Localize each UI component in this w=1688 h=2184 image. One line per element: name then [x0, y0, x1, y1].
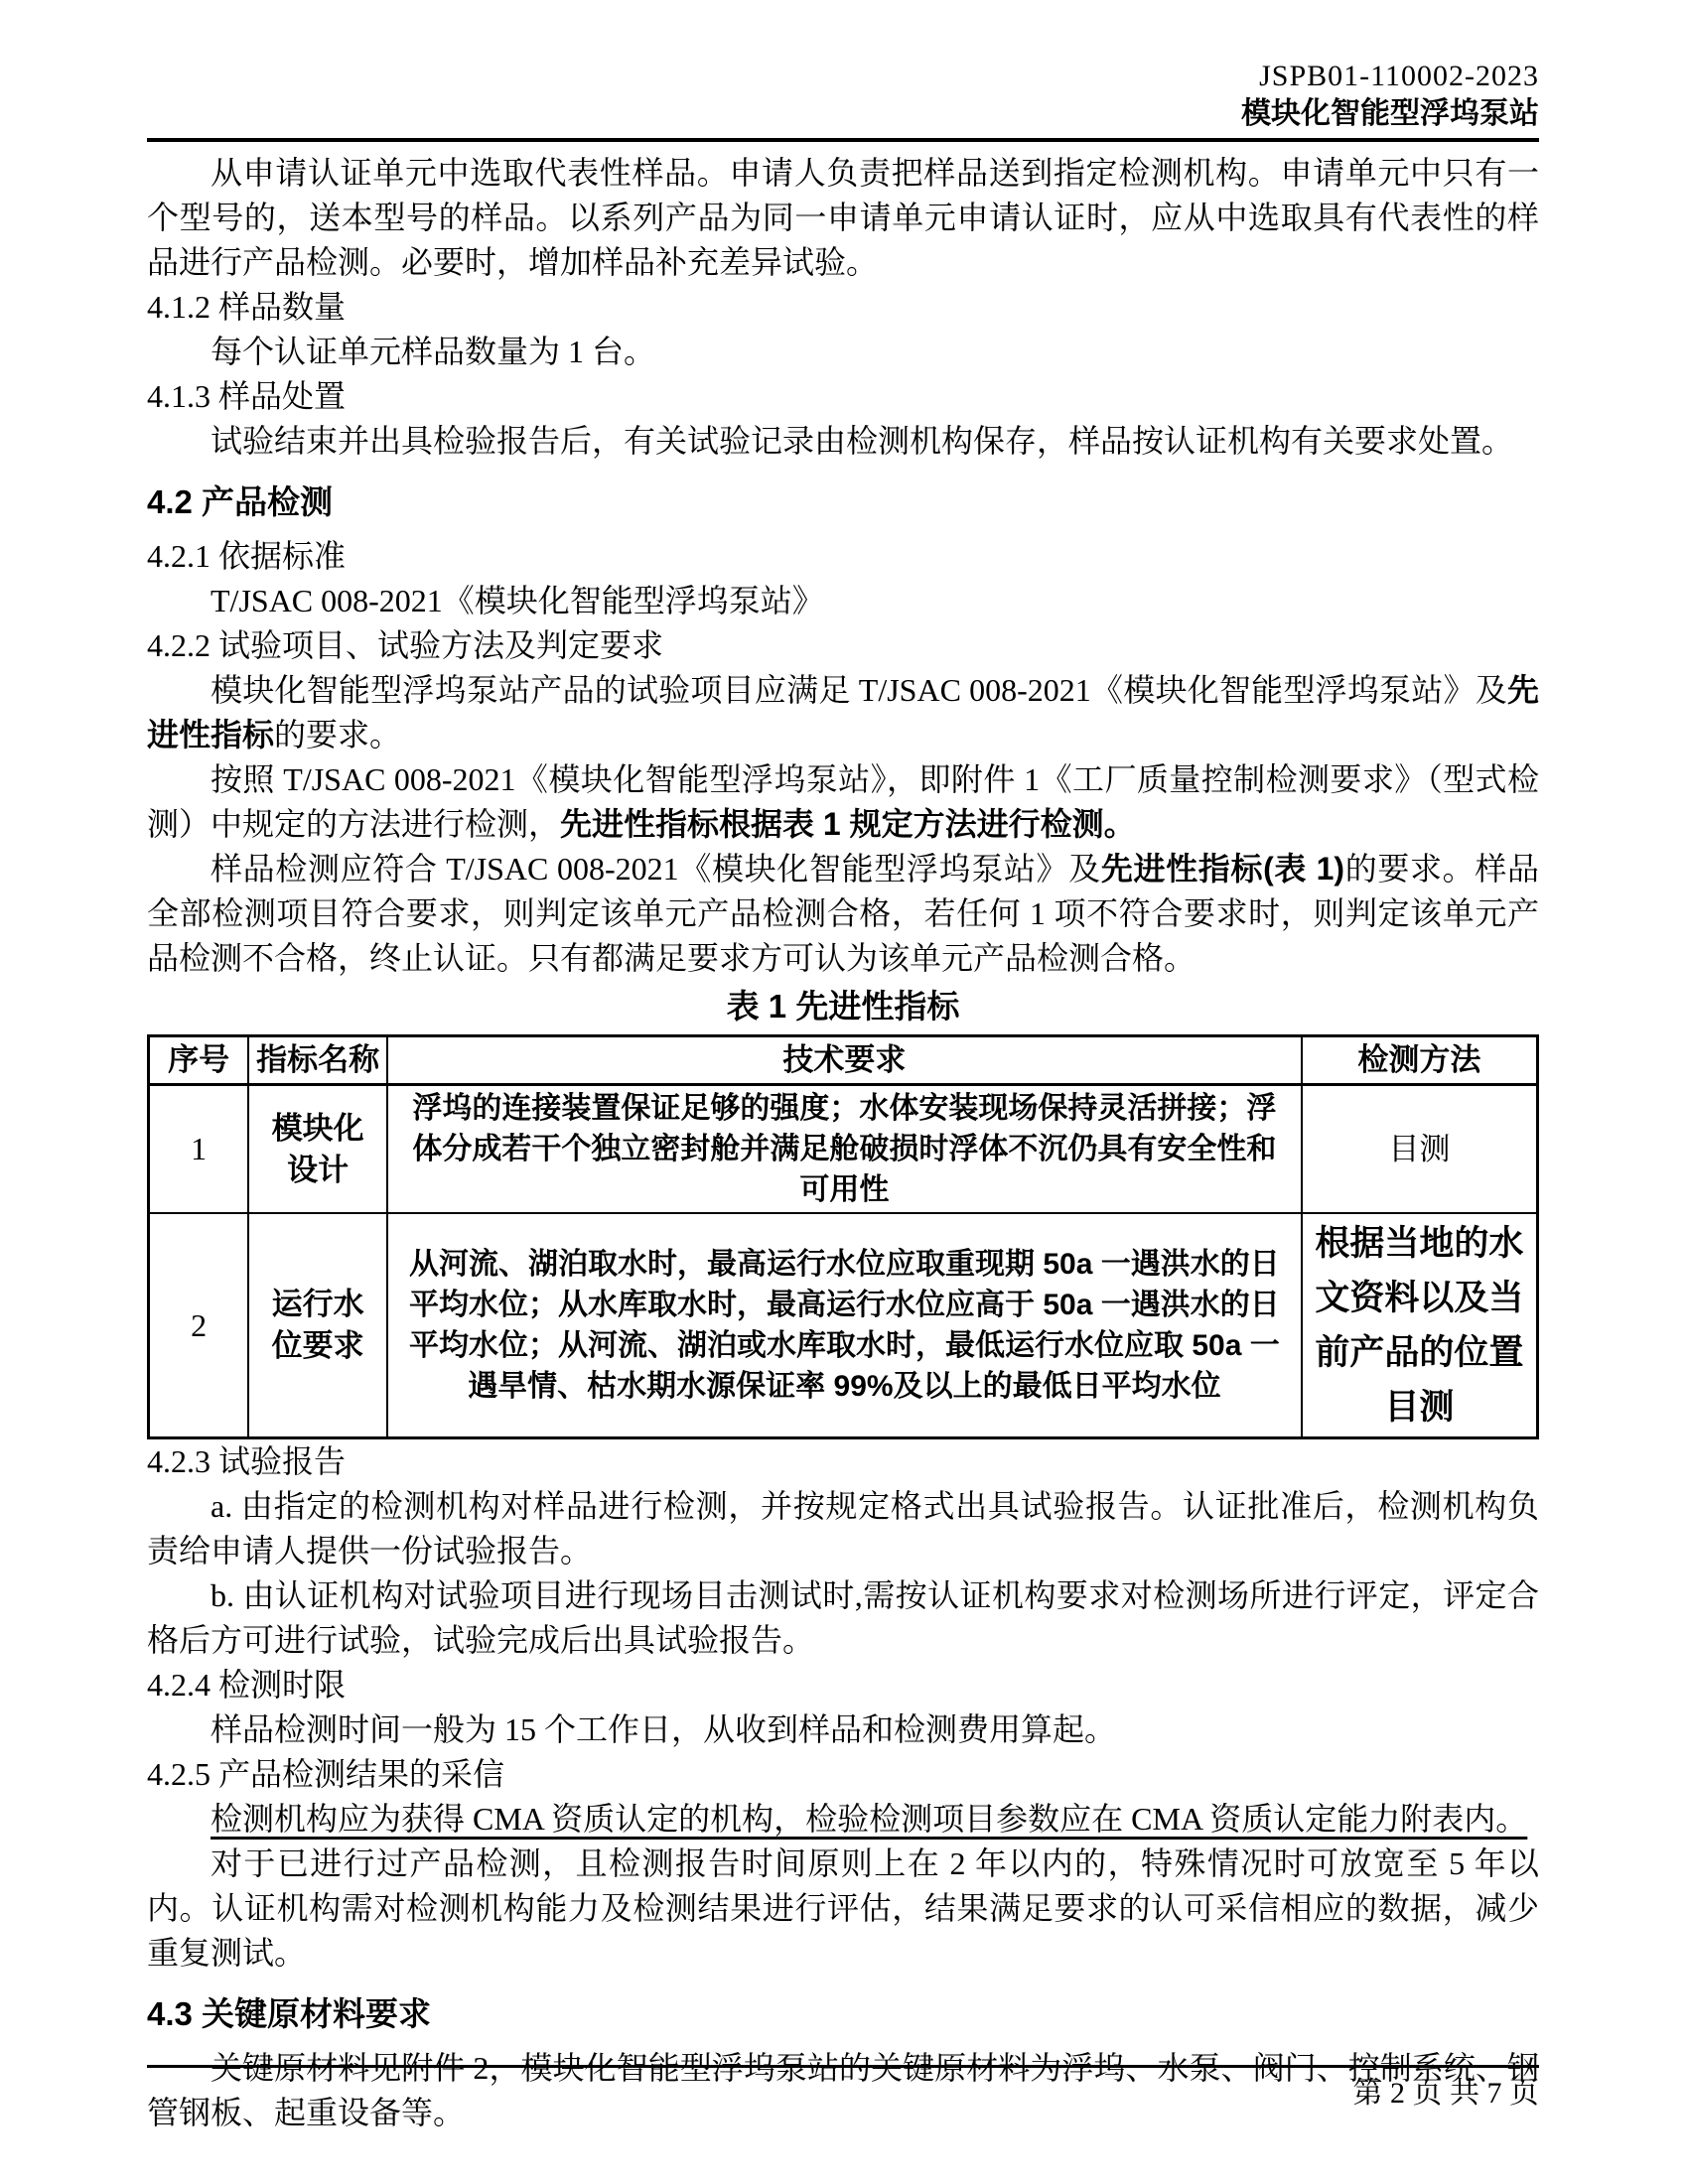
- paragraph: 每个认证单元样品数量为 1 台。: [147, 330, 1539, 374]
- table-row: 2运行水位要求从河流、湖泊取水时，最高运行水位应取重现期 50a 一遇洪水的日平…: [149, 1213, 1538, 1438]
- paragraph: T/JSAC 008-2021《模块化智能型浮坞泵站》: [147, 579, 1539, 623]
- subsection-heading: 4.2.1 依据标准: [147, 534, 1539, 579]
- paragraph: 样品检测时间一般为 15 个工作日，从收到样品和检测费用算起。: [147, 1707, 1539, 1752]
- column-header: 技术要求: [387, 1036, 1302, 1085]
- text-run: 对于已进行过产品检测，且检测报告时间原则上在 2 年以内的，特殊情况时可放宽至 …: [147, 1845, 1539, 1971]
- row-number-cell: 1: [149, 1085, 249, 1214]
- technical-requirement-cell: 浮坞的连接装置保证足够的强度；水体安装现场保持灵活拼接；浮体分成若干个独立密封舱…: [387, 1085, 1302, 1214]
- subsection-heading: 4.1.2 样品数量: [147, 285, 1539, 330]
- paragraph: a. 由指定的检测机构对样品进行检测，并按规定格式出具试验报告。认证批准后，检测…: [147, 1484, 1539, 1573]
- subsection-heading: 4.2.4 检测时限: [147, 1663, 1539, 1707]
- page-number: 第 2 页 共 7 页: [147, 2076, 1539, 2112]
- paragraph: 样品检测应符合 T/JSAC 008-2021《模块化智能型浮坞泵站》及先进性指…: [147, 847, 1539, 981]
- text-run: b. 由认证机构对试验项目进行现场目击测试时,需按认证机构要求对检测场所进行评定…: [147, 1577, 1539, 1658]
- table-header-row: 序号指标名称技术要求检测方法: [149, 1036, 1538, 1085]
- text-run: 样品检测应符合 T/JSAC 008-2021《模块化智能型浮坞泵站》及: [211, 851, 1101, 887]
- column-header: 检测方法: [1302, 1036, 1538, 1085]
- text-run: 试验结束并出具检验报告后，有关试验记录由检测机构保存，样品按认证机构有关要求处置…: [211, 423, 1513, 459]
- underlined-text-run: 检测机构应为获得 CMA 资质认定的机构，检验检测项目参数应在 CMA 资质认定…: [211, 1801, 1527, 1837]
- paragraph: 对于已进行过产品检测，且检测报告时间原则上在 2 年以内的，特殊情况时可放宽至 …: [147, 1842, 1539, 1976]
- technical-requirement-cell: 从河流、湖泊取水时，最高运行水位应取重现期 50a 一遇洪水的日平均水位；从水库…: [387, 1213, 1302, 1438]
- indicator-name-cell: 模块化设计: [248, 1085, 387, 1214]
- test-method-cell: 根据当地的水文资料以及当前产品的位置目测: [1302, 1213, 1538, 1438]
- row-number-cell: 2: [149, 1213, 249, 1438]
- page-header: JSPB01-110002-2023 模块化智能型浮坞泵站: [147, 0, 1539, 142]
- column-header: 指标名称: [248, 1036, 387, 1085]
- table-row: 1模块化设计浮坞的连接装置保证足够的强度；水体安装现场保持灵活拼接；浮体分成若干…: [149, 1085, 1538, 1214]
- advancement-indicators-table: 序号指标名称技术要求检测方法1模块化设计浮坞的连接装置保证足够的强度；水体安装现…: [147, 1034, 1539, 1439]
- text-run: 从申请认证单元中选取代表性样品。申请人负责把样品送到指定检测机构。申请单元中只有…: [147, 155, 1539, 280]
- paragraph: 模块化智能型浮坞泵站产品的试验项目应满足 T/JSAC 008-2021《模块化…: [147, 668, 1539, 757]
- section-heading: 4.3 关键原材料要求: [147, 1991, 1539, 2036]
- paragraph: 检测机构应为获得 CMA 资质认定的机构，检验检测项目参数应在 CMA 资质认定…: [147, 1797, 1539, 1842]
- text-run: 的要求。: [274, 717, 401, 752]
- paragraph: 从申请认证单元中选取代表性样品。申请人负责把样品送到指定检测机构。申请单元中只有…: [147, 151, 1539, 285]
- paragraph: b. 由认证机构对试验项目进行现场目击测试时,需按认证机构要求对检测场所进行评定…: [147, 1573, 1539, 1663]
- paragraph: 按照 T/JSAC 008-2021《模块化智能型浮坞泵站》，即附件 1《工厂质…: [147, 757, 1539, 847]
- document-page: JSPB01-110002-2023 模块化智能型浮坞泵站 从申请认证单元中选取…: [0, 0, 1688, 2184]
- paragraph: 试验结束并出具检验报告后，有关试验记录由检测机构保存，样品按认证机构有关要求处置…: [147, 419, 1539, 464]
- document-title: 模块化智能型浮坞泵站: [147, 95, 1539, 133]
- text-run: a. 由指定的检测机构对样品进行检测，并按规定格式出具试验报告。认证批准后，检测…: [147, 1488, 1539, 1569]
- indicator-name-cell: 运行水位要求: [248, 1213, 387, 1438]
- test-method-cell: 目测: [1302, 1085, 1538, 1214]
- page-footer: 第 2 页 共 7 页: [147, 2065, 1539, 2112]
- document-number: JSPB01-110002-2023: [147, 58, 1539, 95]
- text-run: 每个认证单元样品数量为 1 台。: [211, 334, 655, 369]
- table-title: 表 1 先进性指标: [147, 983, 1539, 1030]
- section-heading: 4.2 产品检测: [147, 479, 1539, 524]
- subsection-heading: 4.2.5 产品检测结果的采信: [147, 1752, 1539, 1797]
- text-run: 样品检测时间一般为 15 个工作日，从收到样品和检测费用算起。: [211, 1711, 1116, 1747]
- text-run: T/JSAC 008-2021《模块化智能型浮坞泵站》: [211, 583, 824, 618]
- bold-text-run: 先进性指标(表 1): [1101, 851, 1344, 887]
- bold-text-run: 先进性指标根据表 1 规定方法进行检测。: [560, 806, 1136, 842]
- column-header: 序号: [149, 1036, 249, 1085]
- subsection-heading: 4.2.2 试验项目、试验方法及判定要求: [147, 623, 1539, 668]
- text-run: 模块化智能型浮坞泵站产品的试验项目应满足 T/JSAC 008-2021《模块化…: [211, 672, 1507, 708]
- document-body: 从申请认证单元中选取代表性样品。申请人负责把样品送到指定检测机构。申请单元中只有…: [147, 151, 1539, 2135]
- subsection-heading: 4.2.3 试验报告: [147, 1439, 1539, 1484]
- subsection-heading: 4.1.3 样品处置: [147, 374, 1539, 419]
